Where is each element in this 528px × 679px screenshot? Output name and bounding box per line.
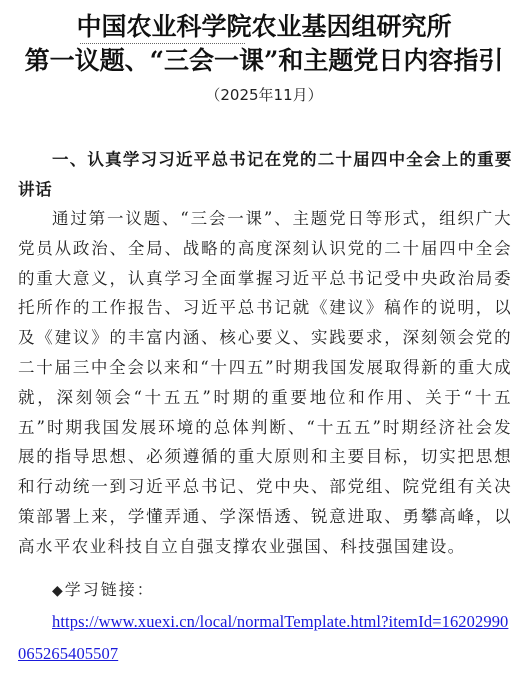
section-body-paragraph: 通过第一议题、“三会一课”、主题党日等形式，组织广大党员从政治、全局、战略的高度…: [18, 204, 512, 562]
document-page: 中国农业科学院农业基因组研究所 第一议题、“三会一课”和主题党日内容指引 （20…: [0, 0, 528, 679]
section-heading: 一、认真学习习近平总书记在党的二十届四中全会上的重要讲话: [18, 145, 512, 205]
document-date: （2025年11月）: [0, 84, 528, 106]
study-link-label-text: 学习链接：: [65, 580, 155, 599]
diamond-bullet-icon: ◆: [52, 583, 63, 599]
study-link-label: ◆学习链接：: [52, 577, 155, 604]
document-title-line-1: 中国农业科学院农业基因组研究所: [0, 10, 528, 44]
study-link-url[interactable]: https://www.xuexi.cn/local/normalTemplat…: [18, 606, 512, 670]
document-title-line-2: 第一议题、“三会一课”和主题党日内容指引: [0, 44, 528, 78]
